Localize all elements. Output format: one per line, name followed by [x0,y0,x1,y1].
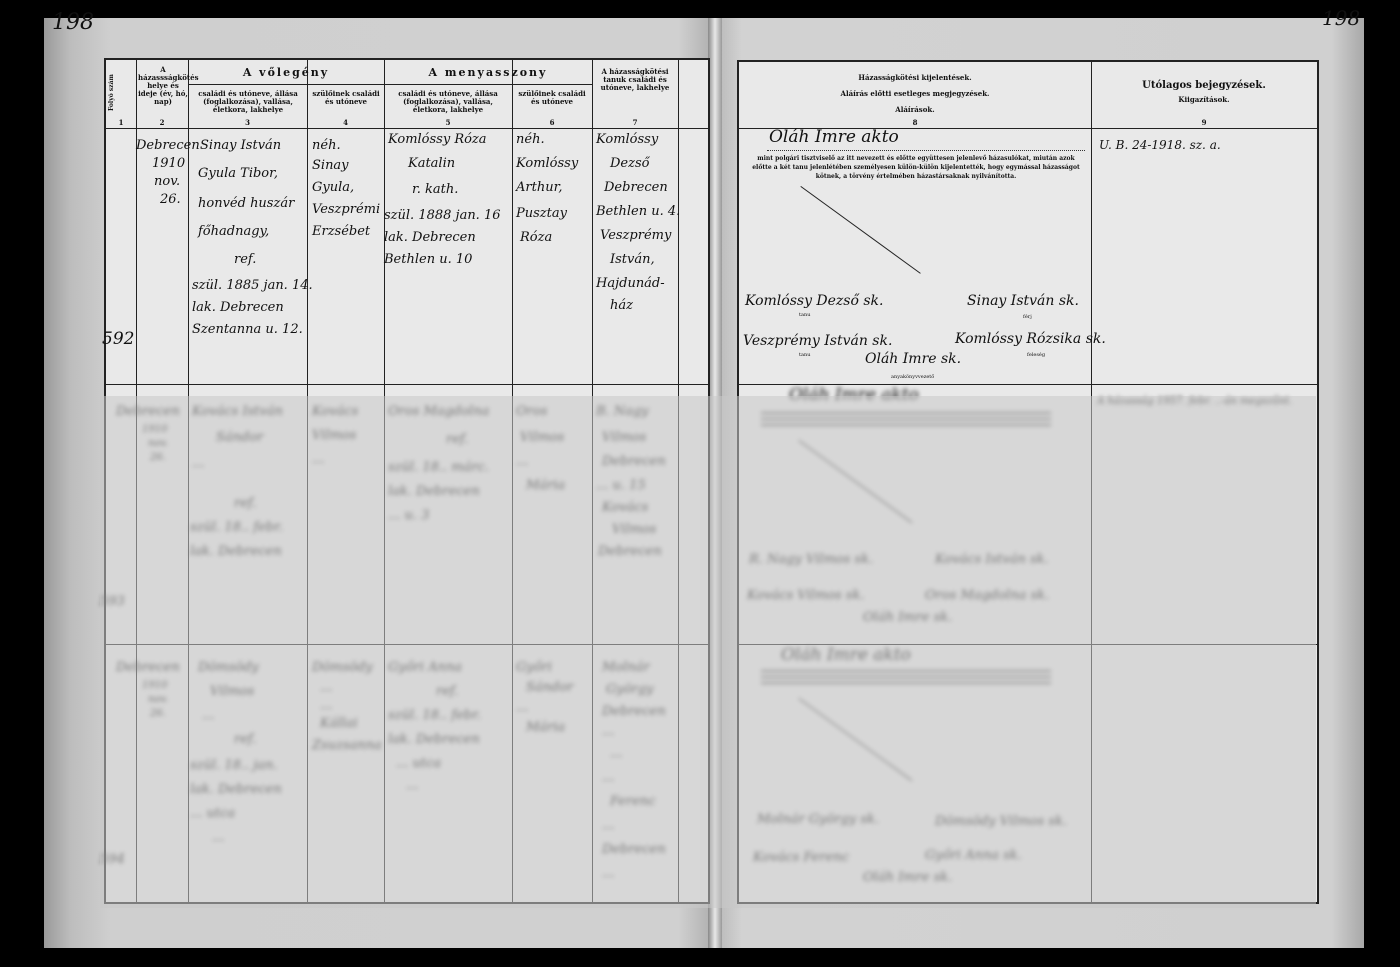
groom-parent-line: Sinay [312,158,349,173]
bride-parent-line: néh. [516,132,545,147]
registrar-signature: Oláh Imre sk. [865,352,961,367]
bride-religion: r. kath. [412,182,458,197]
signatures-header: Aláírások. [739,106,1091,114]
groom-rank: főhadnagy, [198,224,269,239]
groom-signature: Sinay István sk. [967,294,1079,309]
bride-parent-line: Pusztay [516,206,567,221]
marriage-place: Debrecen [136,138,200,153]
groom-occupation: honvéd huszár [198,196,294,211]
col-index: 2 [136,118,188,127]
groom-religion: ref. [234,252,256,267]
bride-given-name: Katalin [408,156,455,171]
witness2-signature: Veszprémy István sk. [743,334,892,349]
col-index: 7 [592,118,678,127]
groom-given-names: Gyula Tibor, [198,166,278,181]
cancel-stroke [800,186,920,274]
bride-details-header: családi és utóneve, állása (foglalkozása… [386,90,510,114]
witnesses-header: A házasságkötési tanuk családi és utónev… [594,68,676,92]
col-index: 1 [106,118,136,127]
witness-line: Debrecen [604,180,668,195]
witness-line: Dezső [610,156,649,171]
groom-address: Szentanna u. 12. [192,322,303,337]
blur-overlay [100,396,1316,908]
declarations-header: Házasságkötési kijelentések. [739,74,1091,82]
signature-role: férj [1023,314,1032,320]
marriage-year: 1910 [152,156,185,171]
marriage-month: nov. [154,174,180,189]
later-entry: U. B. 24-1918. sz. a. [1099,138,1221,153]
witness-line: Komlóssy [596,132,658,147]
signature-role: feleség [1027,352,1045,358]
groom-parent-line: Erzsébet [312,224,370,239]
col-index: 8 [739,118,1091,127]
remarks-header: Aláírás előtti esetleges megjegyzések. [739,90,1091,98]
witness-line: István, [610,252,655,267]
record-number: 592 [102,332,134,347]
col-index: 3 [188,118,307,127]
bride-parents-header: szülőinek családi és utóneve [514,90,590,106]
page-number-right: 198 [1322,6,1360,30]
signature-role: tanu [799,312,810,318]
col-index: 6 [512,118,592,127]
corrections-header: Kiigazítások. [1091,96,1317,104]
col-index: 4 [307,118,384,127]
bride-signature: Komlóssy Rózsika sk. [955,332,1106,347]
marriage-place-date-header: A házassságkötés helye és ideje (év, hó,… [138,66,188,106]
bride-address: Bethlen u. 10 [384,252,472,267]
witness-line: Bethlen u. 4. [596,204,680,219]
col-number-header: Folyó szám [108,68,134,118]
col-index: 9 [1091,118,1317,127]
declaration-text: mint polgári tisztviselő az itt nevezett… [747,154,1085,181]
page-number-left: 198 [52,10,94,35]
bride-birth: szül. 1888 jan. 16 [384,208,501,223]
bride-parent-line: Arthur, [516,180,563,195]
groom-details-header: családi és utóneve, állása (foglalkozása… [190,90,306,114]
groom-birth: szül. 1885 jan. 14. [192,278,313,293]
signature-role: anyakönyvvezető [891,374,934,380]
groom-parent-line: Veszprémi [312,202,380,217]
groom-title: A vőlegény [188,66,384,79]
groom-parent-line: néh. [312,138,341,153]
groom-residence: lak. Debrecen [192,300,284,315]
groom-parent-line: Gyula, [312,180,354,195]
later-entries-header: Utólagos bejegyzések. [1091,80,1317,92]
groom-name: Sinay István [200,138,281,153]
bride-parent-line: Komlóssy [516,156,578,171]
bride-residence: lak. Debrecen [384,230,476,245]
witness1-signature: Komlóssy Dezső sk. [745,294,884,309]
bride-name: Komlóssy Róza [388,132,487,147]
witness-line: ház [610,298,633,313]
groom-parents-header: szülőinek családi és utóneve [310,90,382,106]
marriage-day: 26. [160,192,181,207]
col-index: 5 [384,118,512,127]
witness-line: Hajdunád- [596,276,665,291]
bride-parent-line: Róza [520,230,552,245]
signature-role: tanu [799,352,810,358]
registrar-note: Oláh Imre akto [769,130,899,145]
witness-line: Veszprémy [600,228,671,243]
bride-title: A menyasszony [384,66,592,79]
